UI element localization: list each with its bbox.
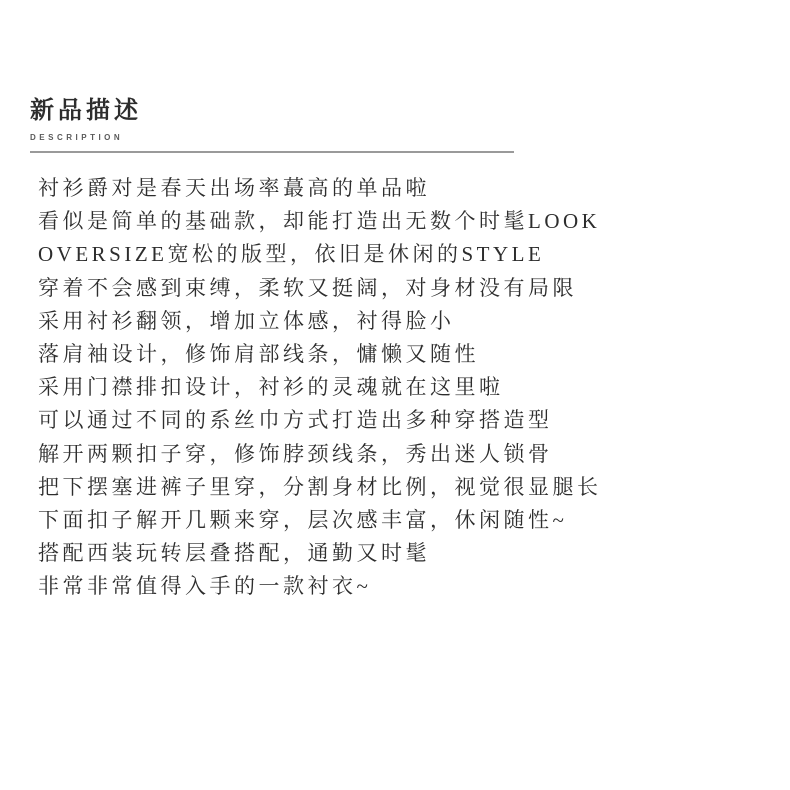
description-line: 非常非常值得入手的一款衬衣~ xyxy=(38,570,758,603)
description-line: 采用门襟排扣设计，衬衫的灵魂就在这里啦 xyxy=(38,371,758,404)
header-divider xyxy=(30,151,514,153)
description-line: 下面扣子解开几颗来穿，层次感丰富，休闲随性~ xyxy=(38,504,758,537)
description-line: 衬衫爵对是春天出场率蕞高的单品啦 xyxy=(38,172,758,205)
description-line: 采用衬衫翻领，增加立体感，衬得脸小 xyxy=(38,305,758,338)
description-line: 搭配西装玩转层叠搭配，通勤又时髦 xyxy=(38,537,758,570)
product-description-page: 新品描述 DESCRIPTION 衬衫爵对是春天出场率蕞高的单品啦 看似是简单的… xyxy=(0,0,790,790)
description-line: OVERSIZE宽松的版型，依旧是休闲的STYLE xyxy=(38,238,758,271)
description-line: 解开两颗扣子穿，修饰脖颈线条，秀出迷人锁骨 xyxy=(38,438,758,471)
section-subtitle: DESCRIPTION xyxy=(30,133,142,142)
description-line: 把下摆塞进裤子里穿，分割身材比例，视觉很显腿长 xyxy=(38,471,758,504)
description-line: 可以通过不同的系丝巾方式打造出多种穿搭造型 xyxy=(38,404,758,437)
description-line: 穿着不会感到束缚，柔软又挺阔，对身材没有局限 xyxy=(38,272,758,305)
section-title: 新品描述 xyxy=(30,97,142,126)
description-line: 看似是简单的基础款，却能打造出无数个时髦LOOK xyxy=(38,205,758,238)
description-line: 落肩袖设计，修饰肩部线条，慵懒又随性 xyxy=(38,338,758,371)
description-text-block: 衬衫爵对是春天出场率蕞高的单品啦 看似是简单的基础款，却能打造出无数个时髦LOO… xyxy=(38,172,758,604)
section-header: 新品描述 DESCRIPTION xyxy=(30,97,142,142)
